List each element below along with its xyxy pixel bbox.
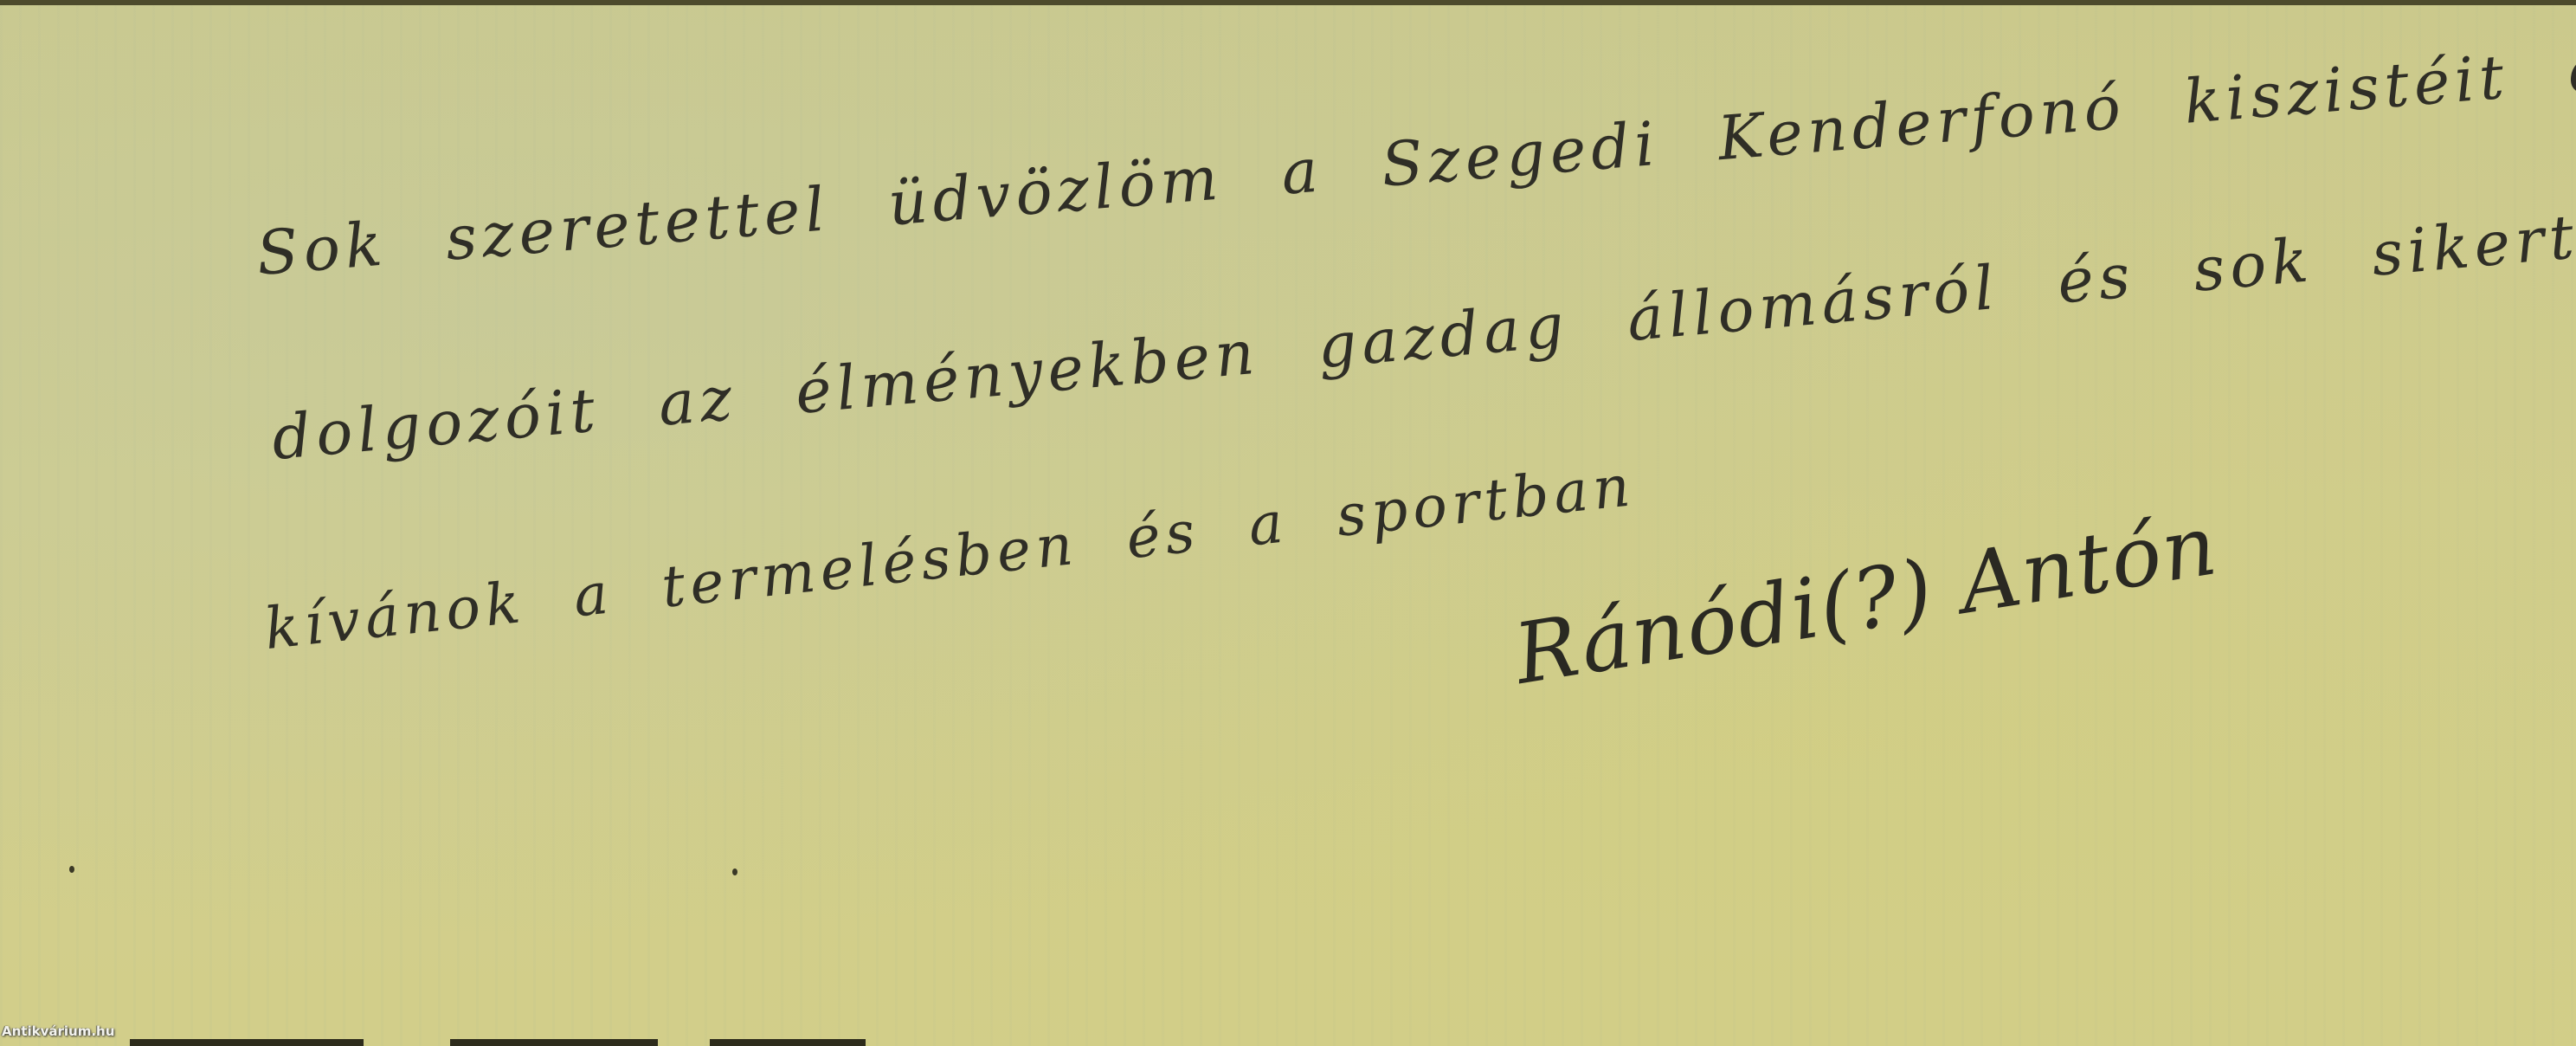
- ink-dot: [69, 866, 74, 873]
- watermark: Antikvárium.hu: [2, 1023, 114, 1039]
- paper-top-edge: [0, 0, 2576, 5]
- paper-bottom-edge: [0, 1039, 2576, 1046]
- ink-dot: [732, 868, 737, 875]
